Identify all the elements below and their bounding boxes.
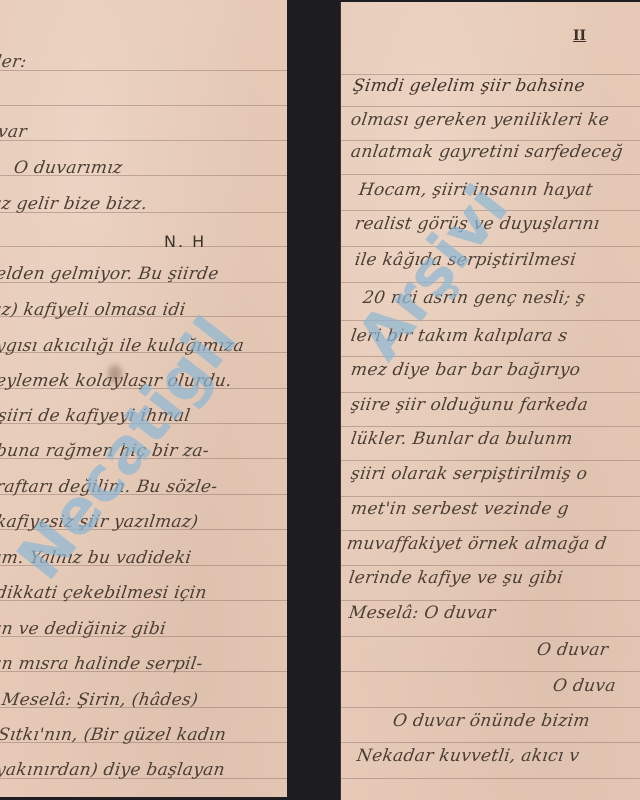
- handwritten-line: O duva: [552, 676, 618, 696]
- ruled-line: [341, 460, 640, 461]
- ruled-line: [341, 530, 640, 531]
- handwritten-line: Hocam, şiiri insanın hayat: [358, 180, 594, 200]
- ruled-line: [341, 778, 640, 779]
- handwritten-line: yakınırdan) diye başlayan: [0, 760, 226, 780]
- ruled-line: [341, 140, 640, 141]
- handwritten-line: olması gereken yenilikleri ke: [350, 110, 611, 130]
- ruled-line: [341, 356, 640, 357]
- handwritten-line: ygısı akıcılığı ile kulağımıza: [0, 336, 245, 356]
- ruled-line: [341, 636, 640, 637]
- handwritten-line: elden gelmiyor. Bu şiirde: [0, 264, 220, 284]
- ruled-line: [341, 392, 640, 393]
- handwritten-line: 20 nci asrın genç nesli; ş: [362, 288, 587, 308]
- ruled-line: [341, 106, 640, 107]
- handwritten-line: O duvarımız: [13, 158, 124, 178]
- handwritten-line: var: [0, 122, 28, 142]
- handwritten-line: muvaffakiyet örnek almağa d: [346, 534, 608, 554]
- page-number: II: [573, 28, 586, 44]
- handwritten-line: ın ve dediğiniz gibi: [0, 619, 167, 639]
- ruled-line: [341, 246, 640, 247]
- handwritten-line: realist görüş ve duyuşlarını: [354, 214, 601, 234]
- ruled-line: [0, 70, 287, 71]
- ruled-line: [341, 74, 640, 75]
- handwritten-line: O duvar önünde bizim: [392, 711, 592, 731]
- handwritten-line: şiiri olarak serpiştirilmiş o: [350, 464, 589, 484]
- handwritten-line: mez diye bar bar bağırıyo: [350, 360, 582, 380]
- handwritten-line: met'in serbest vezinde g: [350, 499, 571, 519]
- page-gutter: [287, 0, 340, 800]
- ruled-line: [0, 140, 287, 141]
- handwritten-line: anlatmak gayretini sarfedeceğ: [350, 142, 625, 162]
- handwritten-line: Meselâ: Şirin, (hâdes): [1, 690, 200, 710]
- handwritten-line: Şimdi gelelim şiir bahsine: [352, 76, 587, 96]
- ruled-line: [341, 496, 640, 497]
- handwritten-line: şiire şiir olduğunu farkeda: [350, 395, 590, 415]
- ruled-line: [341, 600, 640, 601]
- handwritten-line: ile kâğıda serpiştirilmesi: [354, 250, 578, 270]
- ruled-line: [341, 671, 640, 672]
- handwritten-line: ız) kafiyeli olmasa idi: [0, 300, 187, 320]
- handwritten-line: ım. Yalnız bu vadideki: [0, 548, 193, 568]
- handwritten-line: dikkati çekebilmesi için: [0, 583, 208, 603]
- ruled-line: [341, 282, 640, 283]
- signature-initials: N. H: [164, 232, 206, 251]
- handwritten-line: lerinde kafiye ve şu gibi: [348, 568, 565, 588]
- ruled-line: [341, 565, 640, 566]
- handwritten-line: buna rağmen hiç bir za-: [0, 441, 210, 461]
- handwritten-line: O duvar: [536, 640, 610, 660]
- handwritten-line: ız gelir bize bizz.: [0, 194, 149, 214]
- ruled-line: [0, 105, 287, 106]
- handwritten-line: kafiyesiz şiir yazılmaz): [0, 512, 199, 532]
- ruled-line: [341, 426, 640, 427]
- handwritten-line: lükler. Bunlar da bulunm: [350, 429, 574, 449]
- handwritten-line: şiiri de kafiyeyi ihmal: [0, 406, 192, 426]
- handwritten-line: leri bir takım kalıplara s: [350, 326, 569, 346]
- ruled-line: [341, 707, 640, 708]
- handwritten-line: Nekadar kuvvetli, akıcı v: [356, 746, 581, 766]
- ruled-line: [0, 246, 287, 247]
- ruled-line: [341, 174, 640, 175]
- handwritten-line: ın mısra halinde serpil-: [0, 654, 204, 674]
- ruled-line: [341, 210, 640, 211]
- right-letter-page: II Şimdi gelelim şiir bahsine olması ger…: [340, 2, 640, 800]
- handwritten-line: Sıtkı'nın, (Bir güzel kadın: [0, 725, 227, 745]
- ruled-line: [341, 320, 640, 321]
- handwritten-line: ler:: [0, 52, 28, 72]
- ruled-line: [341, 742, 640, 743]
- handwritten-line: raftarı değilim. Bu sözle-: [0, 477, 219, 497]
- left-letter-page: ler: var O duvarımız ız gelir bize bizz.…: [0, 0, 287, 797]
- handwritten-line: Meselâ: O duvar: [348, 603, 497, 623]
- ink-stain: [108, 365, 122, 383]
